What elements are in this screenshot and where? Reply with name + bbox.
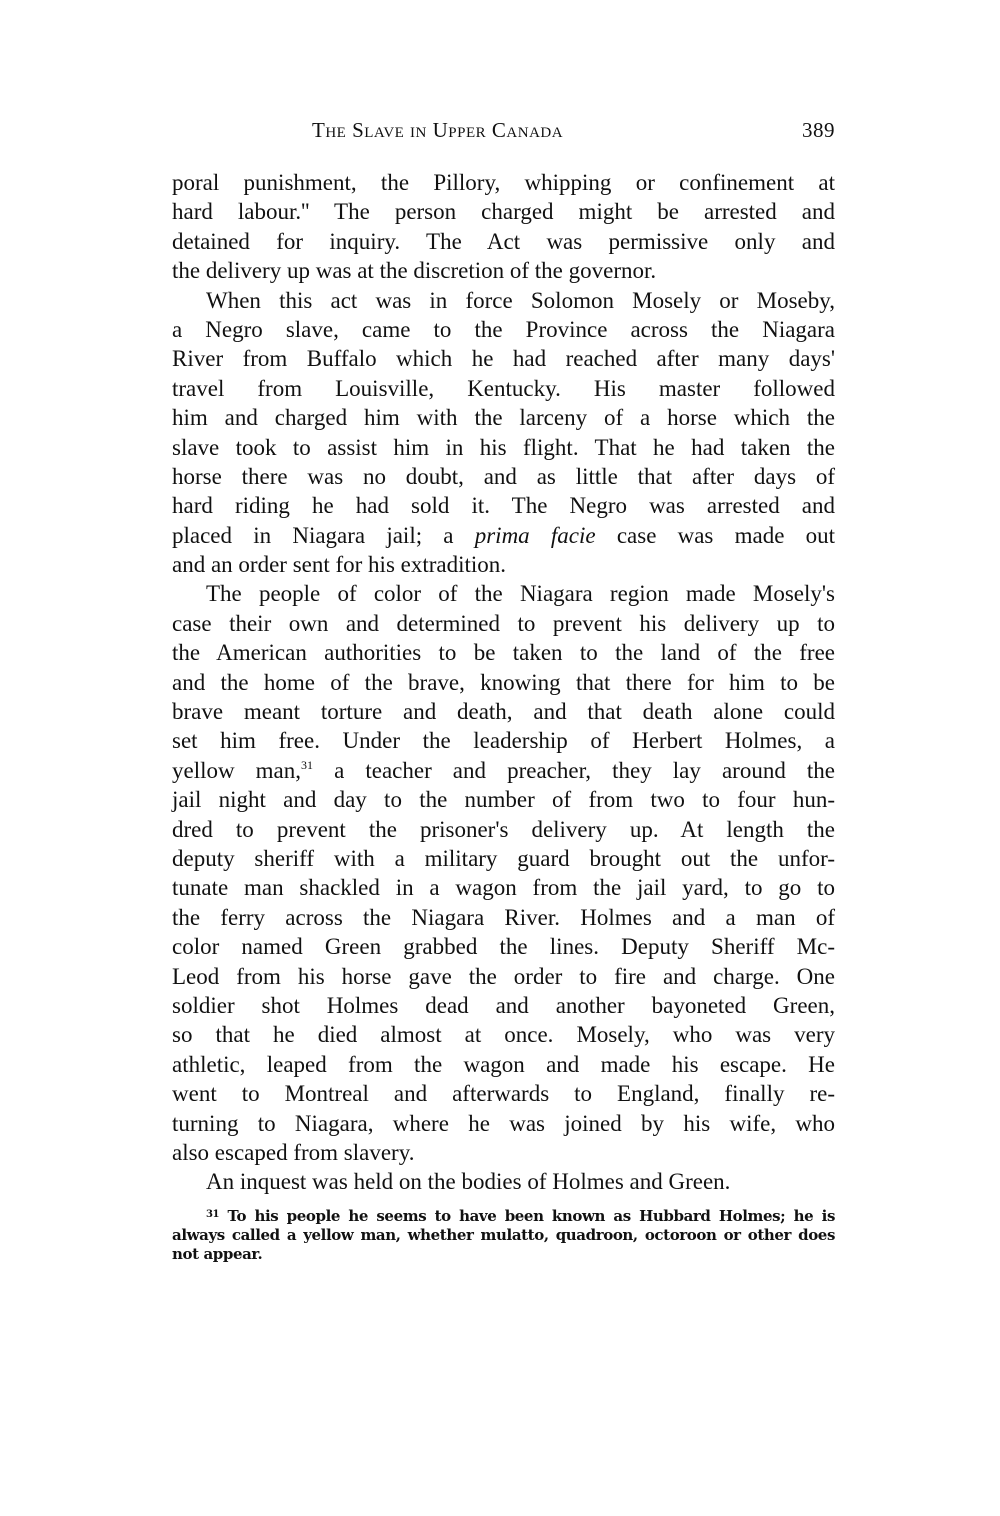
text-line: River from Buffalo which he had reached … (172, 344, 835, 373)
text-line: Leod from his horse gave the order to fi… (172, 962, 835, 991)
book-page: The Slave in Upper Canada 389 poral puni… (0, 0, 1000, 1516)
running-title: The Slave in Upper Canada (312, 118, 563, 143)
text-run: placed in Niagara jail; a (172, 523, 475, 548)
text-line: the ferry across the Niagara River. Holm… (172, 903, 835, 932)
text-line: athletic, leaped from the wagon and made… (172, 1050, 835, 1079)
text-line: poral punishment, the Pillory, whipping … (172, 168, 835, 197)
text-line: went to Montreal and afterwards to Engla… (172, 1079, 835, 1108)
text-line: also escaped from slavery. (172, 1138, 835, 1167)
text-line: dred to prevent the prisoner's delivery … (172, 815, 835, 844)
footnote-text: To his people he seems to have been know… (227, 1207, 835, 1225)
text-line: detained for inquiry. The Act was permis… (172, 227, 835, 256)
text-line: hard labour.'' The person charged might … (172, 197, 835, 226)
text-line: so that he died almost at once. Mosely, … (172, 1020, 835, 1049)
paragraph-1: poral punishment, the Pillory, whipping … (172, 168, 835, 286)
footnotes: 31 To his people he seems to have been k… (172, 1205, 835, 1264)
footnote-line: not appear. (172, 1245, 835, 1264)
text-line: slave took to assist him in his flight. … (172, 433, 835, 462)
text-run: a teacher and preacher, they lay around … (313, 758, 835, 783)
text-line-with-italic: placed in Niagara jail; a prima facie ca… (172, 521, 835, 550)
text-line: set him free. Under the leadership of He… (172, 726, 835, 755)
text-line: travel from Louisville, Kentucky. His ma… (172, 374, 835, 403)
running-head: The Slave in Upper Canada 389 (172, 118, 835, 148)
text-line: tunate man shackled in a wagon from the … (172, 873, 835, 902)
text-line: the delivery up was at the discretion of… (172, 256, 835, 285)
text-line: soldier shot Holmes dead and another bay… (172, 991, 835, 1020)
body-text: poral punishment, the Pillory, whipping … (172, 168, 835, 1197)
text-line: brave meant torture and death, and that … (172, 697, 835, 726)
text-line: deputy sheriff with a military guard bro… (172, 844, 835, 873)
footnote-line: always called a yellow man, whether mula… (172, 1226, 835, 1245)
text-line: color named Green grabbed the lines. Dep… (172, 932, 835, 961)
text-run: yellow man, (172, 758, 301, 783)
page-number: 389 (802, 118, 835, 143)
footnote-line: 31 To his people he seems to have been k… (172, 1205, 835, 1226)
text-line-with-footnote-ref: yellow man,31 a teacher and preacher, th… (172, 756, 835, 785)
text-line: When this act was in force Solomon Mosel… (172, 286, 835, 315)
text-line: turning to Niagara, where he was joined … (172, 1109, 835, 1138)
footnote-reference[interactable]: 31 (301, 758, 313, 772)
text-line: the American authorities to be taken to … (172, 638, 835, 667)
paragraph-4: An inquest was held on the bodies of Hol… (172, 1167, 835, 1196)
text-run: case was made out (596, 523, 835, 548)
footnote-marker: 31 (206, 1209, 219, 1220)
text-line: The people of color of the Niagara regio… (172, 579, 835, 608)
text-line: a Negro slave, came to the Province acro… (172, 315, 835, 344)
italic-phrase: prima facie (475, 523, 596, 548)
text-line: horse there was no doubt, and as little … (172, 462, 835, 491)
text-line: jail night and day to the number of from… (172, 785, 835, 814)
footnote-31: 31 To his people he seems to have been k… (172, 1205, 835, 1264)
text-line: hard riding he had sold it. The Negro wa… (172, 491, 835, 520)
paragraph-2: When this act was in force Solomon Mosel… (172, 286, 835, 580)
text-line: him and charged him with the larceny of … (172, 403, 835, 432)
text-line: and an order sent for his extradition. (172, 550, 835, 579)
text-line: and the home of the brave, knowing that … (172, 668, 835, 697)
paragraph-3: The people of color of the Niagara regio… (172, 579, 835, 1167)
text-line: An inquest was held on the bodies of Hol… (172, 1167, 835, 1196)
text-line: case their own and determined to prevent… (172, 609, 835, 638)
